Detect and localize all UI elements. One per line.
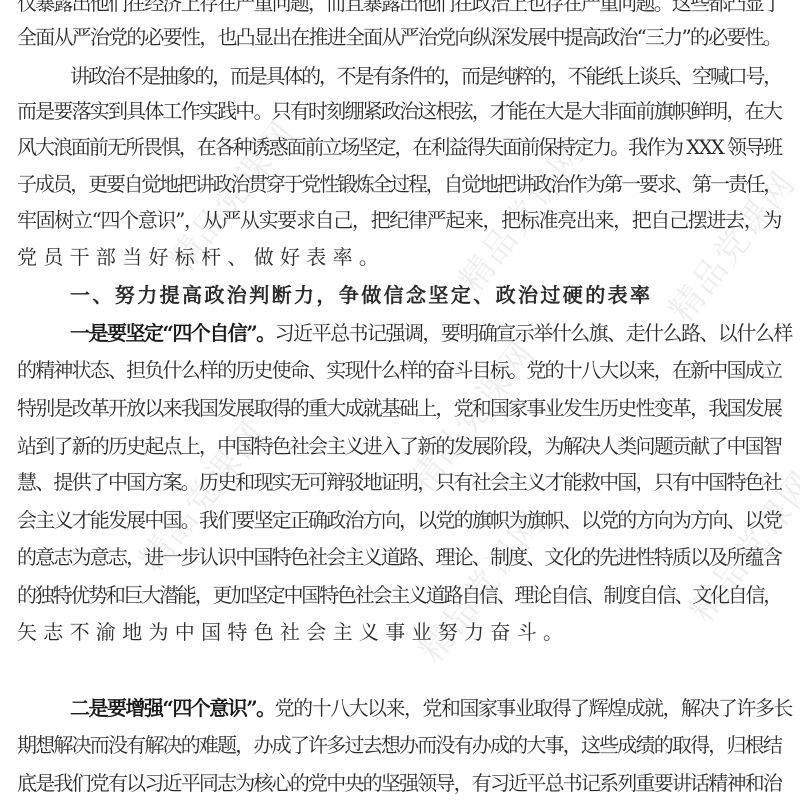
body-line: 会主义才能发展中国。我们要坚定正确政治方向，以党的旗帜为旗帜、以党的方向为方向、…	[17, 505, 781, 535]
body-line: 而是要落实到具体工作实践中。只有时刻绷紧政治这根弦，才能在大是大非面前旗帜鲜明，…	[17, 96, 781, 126]
paragraph-lead: 二是要增强“四个意识”。	[70, 696, 275, 720]
body-line: 全面从严治党的必要性，也凸显出在推进全面从严治党向纵深发展中提高政治“三力”的必…	[17, 22, 781, 52]
body-line: 党员干部当好标杆、做好表率。	[17, 242, 781, 272]
body-line: 站到了新的历史起点上，中国特色社会主义进入了新的发展阶段，为解决人类问题贡献了中…	[17, 431, 781, 461]
body-line: 牢固树立“四个意识”，从严从实要求自己，把纪律严起来，把标准亮出来，把自己摆进去…	[17, 205, 781, 235]
body-line: 矢志不渝地为中国特色社会主义事业努力奋斗。	[17, 617, 781, 647]
paragraph-first-line: 一是要坚定“四个自信”。习近平总书记强调，要明确宣示举什么旗、走什么路、以什么样	[70, 318, 781, 348]
section-heading: 一、努力提高政治判断力，争做信念坚定、政治过硬的表率	[70, 280, 781, 310]
body-line: 期想解决而没有解决的难题，办成了许多过去想办而没有办成的大事，这些成绩的取得，归…	[17, 730, 781, 760]
paragraph-lead: 一是要坚定“四个自信”。	[70, 321, 275, 345]
paragraph-first-line: 二是要增强“四个意识”。党的十八大以来，党和国家事业取得了辉煌成就，解决了许多长	[70, 693, 781, 723]
body-line: 仅暴露出他们在经济上存在严重问题，而且暴露出他们在政治上也存在严重问题。这些都凸…	[17, 0, 781, 18]
body-line: 特别是改革开放以来我国发展取得的重大成就基础上，党和国家事业发生历史性变革，我国…	[17, 393, 781, 423]
body-line: 的独特优势和巨大潜能，更加坚定中国特色社会主义道路自信、理论自信、制度自信、文化…	[17, 580, 781, 610]
paragraph-text: 习近平总书记强调，要明确宣示举什么旗、走什么路、以什么样	[275, 321, 792, 345]
body-line: 风大浪面前无所畏惧，在各种诱惑面前立场坚定，在利益得失面前保持定力。我作为 XX…	[17, 132, 781, 162]
body-line: 的意志为意志，进一步认识中国特色社会主义道路、理论、制度、文化的先进性特质以及所…	[17, 542, 781, 572]
body-line: 慧、提供了中国方案。历史和现实无可辩驳地证明，只有社会主义才能救中国，只有中国特…	[17, 467, 781, 497]
paragraph-first-line: 讲政治不是抽象的，而是具体的，不是有条件的，而是纯粹的，不能纸上谈兵、空喊口号，	[70, 61, 781, 91]
paragraph-text: 党的十八大以来，党和国家事业取得了辉煌成就，解决了许多长	[275, 696, 792, 720]
document-page: 精品党课网 精品党课网 精品党课网 精品党课网 精品党课网 精品党课网 精品党课…	[0, 0, 800, 800]
body-line: 的精神状态、担负什么样的历史使命、实现什么样的奋斗目标。党的十八大以来，在新中国…	[17, 355, 781, 385]
body-line: 底是我们党有以习近平同志为核心的党中央的坚强领导，有习近平总书记系列重要讲话精神…	[17, 768, 781, 798]
body-line: 子成员，更要自觉地把讲政治贯穿于党性锻炼全过程，自觉地把讲政治作为第一要求、第一…	[17, 169, 781, 199]
